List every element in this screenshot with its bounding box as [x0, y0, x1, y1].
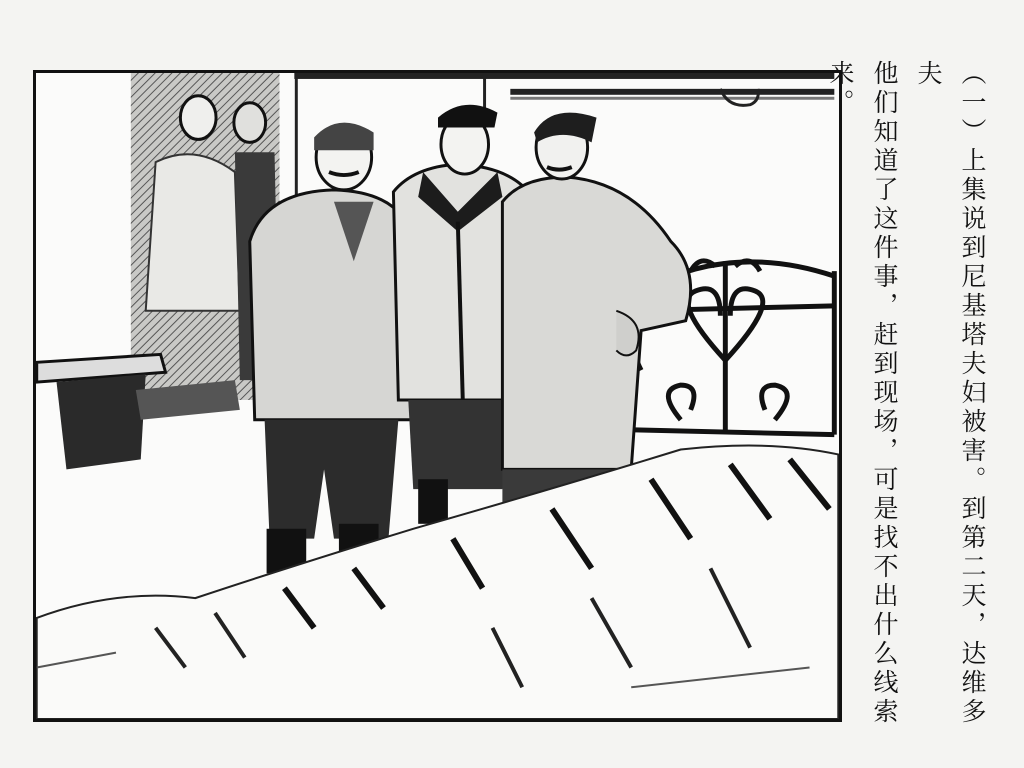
- caption-line-3: 来。: [818, 60, 862, 740]
- illustration-panel: [33, 70, 842, 722]
- man-right: [502, 113, 690, 509]
- story-caption: （一）上集说到尼基塔夫妇被害。到第二天，达维多夫 他们知道了这件事，赶到现场，可…: [818, 60, 994, 740]
- illustration-drawing: [36, 73, 839, 719]
- caption-line-1: （一）上集说到尼基塔夫妇被害。到第二天，达维多夫: [906, 60, 994, 740]
- caption-line-2: 他们知道了这件事，赶到现场，可是找不出什么线索: [862, 60, 906, 740]
